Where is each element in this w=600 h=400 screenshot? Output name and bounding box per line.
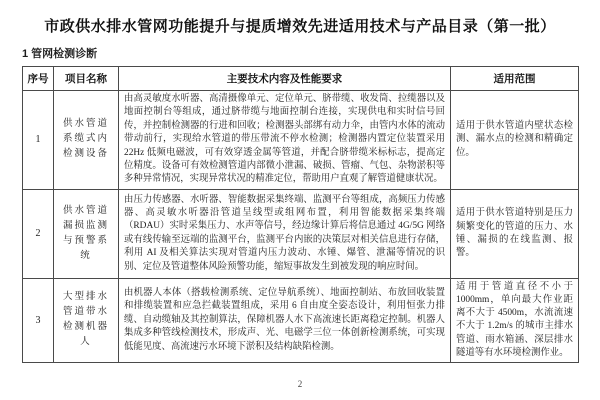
section-heading: 1 管网检测诊断 [22,45,600,61]
page-number: 2 [0,379,600,389]
table-row: 2 供水管道漏损监测与预警系统 由压力传感器、水听器、智能数据采集终端、监测平台… [23,189,579,278]
row-technical-content: 由高灵敏度水听器、高清摄像单元、定位单元、脐带缆、收发筒、拉缆器以及地面控制台等… [119,91,451,190]
row-serial-number: 1 [23,91,54,190]
document-title: 市政供水排水管网功能提升与提质增效先进适用技术与产品目录（第一批） [0,0,600,36]
technology-catalog-table: 序号 项目名称 主要技术内容及性能要求 适用范围 1 供水管道系缆式内检测设备 … [22,66,579,363]
row-technical-content: 由机器人本体（搭载检测系统、定位导航系统）、地面控制站、布放回收装置和排缆装置和… [119,278,451,362]
header-technical-content: 主要技术内容及性能要求 [119,67,451,91]
row-project-name: 供水管道漏损监测与预警系统 [54,189,119,278]
table-header-row: 序号 项目名称 主要技术内容及性能要求 适用范围 [23,67,579,91]
table-row: 3 大型排水管道带水检测机器人 由机器人本体（搭载检测系统、定位导航系统）、地面… [23,278,579,362]
row-serial-number: 2 [23,189,54,278]
header-application-scope: 适用范围 [451,67,579,91]
row-serial-number: 3 [23,278,54,362]
row-application-scope: 适用于供水管道内壁状态检测、漏水点的检测和精确定位。 [451,91,579,190]
row-project-name: 供水管道系缆式内检测设备 [54,91,119,190]
row-project-name: 大型排水管道带水检测机器人 [54,278,119,362]
header-serial-number: 序号 [23,67,54,91]
row-application-scope: 适用于管道直径不小于 1000mm，单向最大作业距离不大于 4500m，水流流速… [451,278,579,362]
row-technical-content: 由压力传感器、水听器、智能数据采集终端、监测平台等组成，高频压力传感器、高灵敏水… [119,189,451,278]
row-application-scope: 适用于供水管道特别是压力频繁变化的管道的压力、水锤、漏损的在线监测、报警。 [451,189,579,278]
header-project-name: 项目名称 [54,67,119,91]
table-row: 1 供水管道系缆式内检测设备 由高灵敏度水听器、高清摄像单元、定位单元、脐带缆、… [23,91,579,190]
document-page: 市政供水排水管网功能提升与提质增效先进适用技术与产品目录（第一批） 1 管网检测… [0,0,600,400]
